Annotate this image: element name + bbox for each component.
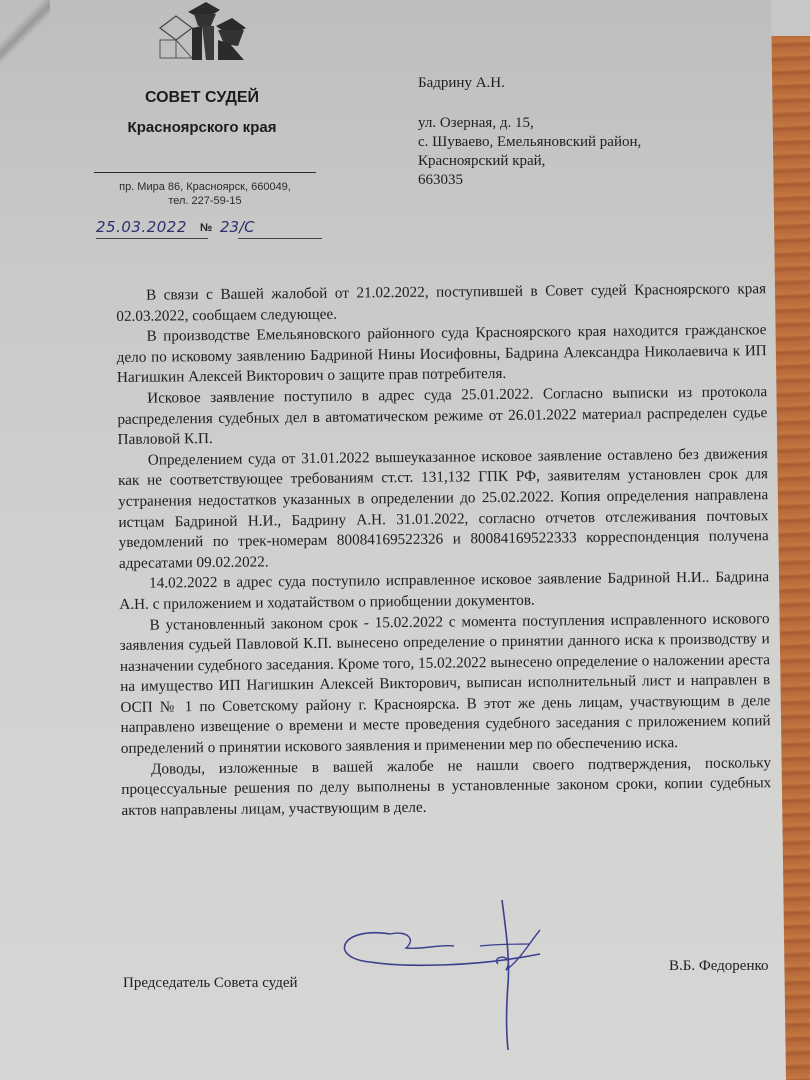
body-paragraph: В производстве Емельяновского районного … <box>116 320 767 389</box>
recipient-address-line: Красноярский край, <box>418 152 641 171</box>
body-paragraph: Доводы, изложенные в вашей жалобе не наш… <box>121 753 772 822</box>
org-address: пр. Мира 86, Красноярск, 660049, тел. 22… <box>92 180 318 208</box>
background-wall <box>770 0 810 36</box>
org-name: СОВЕТ СУДЕЙ <box>92 89 312 107</box>
registration-line: 25.03.2022 № 23/С <box>96 218 322 240</box>
body-paragraph: В связи с Вашей жалобой от 21.02.2022, п… <box>116 279 766 327</box>
letterhead-divider <box>94 172 316 173</box>
org-region: Красноярского края <box>92 119 312 136</box>
body-paragraph: В установленный законом срок - 15.02.202… <box>119 609 770 760</box>
recipient-address-line: ул. Озерная, д. 15, <box>418 114 641 133</box>
org-address-line: пр. Мира 86, Красноярск, 660049, <box>92 180 318 194</box>
date-underline <box>96 238 208 239</box>
body-paragraph: 14.02.2022 в адрес суда поступило исправ… <box>119 567 769 615</box>
registration-date: 25.03.2022 <box>96 218 187 236</box>
letter-body: В связи с Вашей жалобой от 21.02.2022, п… <box>116 279 772 821</box>
council-of-judges-logo-icon <box>158 0 268 62</box>
body-paragraph: Исковое заявление поступило в адрес суда… <box>117 382 768 451</box>
signatory-name: В.Б. Федоренко <box>669 958 769 975</box>
recipient-address-line: с. Шуваево, Емельяновский район, <box>418 133 641 152</box>
handwritten-signature-icon <box>330 900 570 1050</box>
signatory-title: Председатель Совета судей <box>123 975 298 992</box>
registration-number-label: № <box>200 222 212 234</box>
paper-fold-shadow <box>0 0 50 70</box>
recipient-name: Бадрину А.Н. <box>418 74 641 93</box>
org-phone-line: тел. 227-59-15 <box>92 194 318 208</box>
recipient-postcode: 663035 <box>418 171 641 190</box>
recipient-block: Бадрину А.Н. ул. Озерная, д. 15, с. Шува… <box>418 74 641 190</box>
letter-page: СОВЕТ СУДЕЙ Красноярского края пр. Мира … <box>0 0 786 1080</box>
number-underline <box>238 238 322 239</box>
body-paragraph: Определением суда от 31.01.2022 вышеуказ… <box>118 444 769 574</box>
registration-number: 23/С <box>220 218 255 236</box>
